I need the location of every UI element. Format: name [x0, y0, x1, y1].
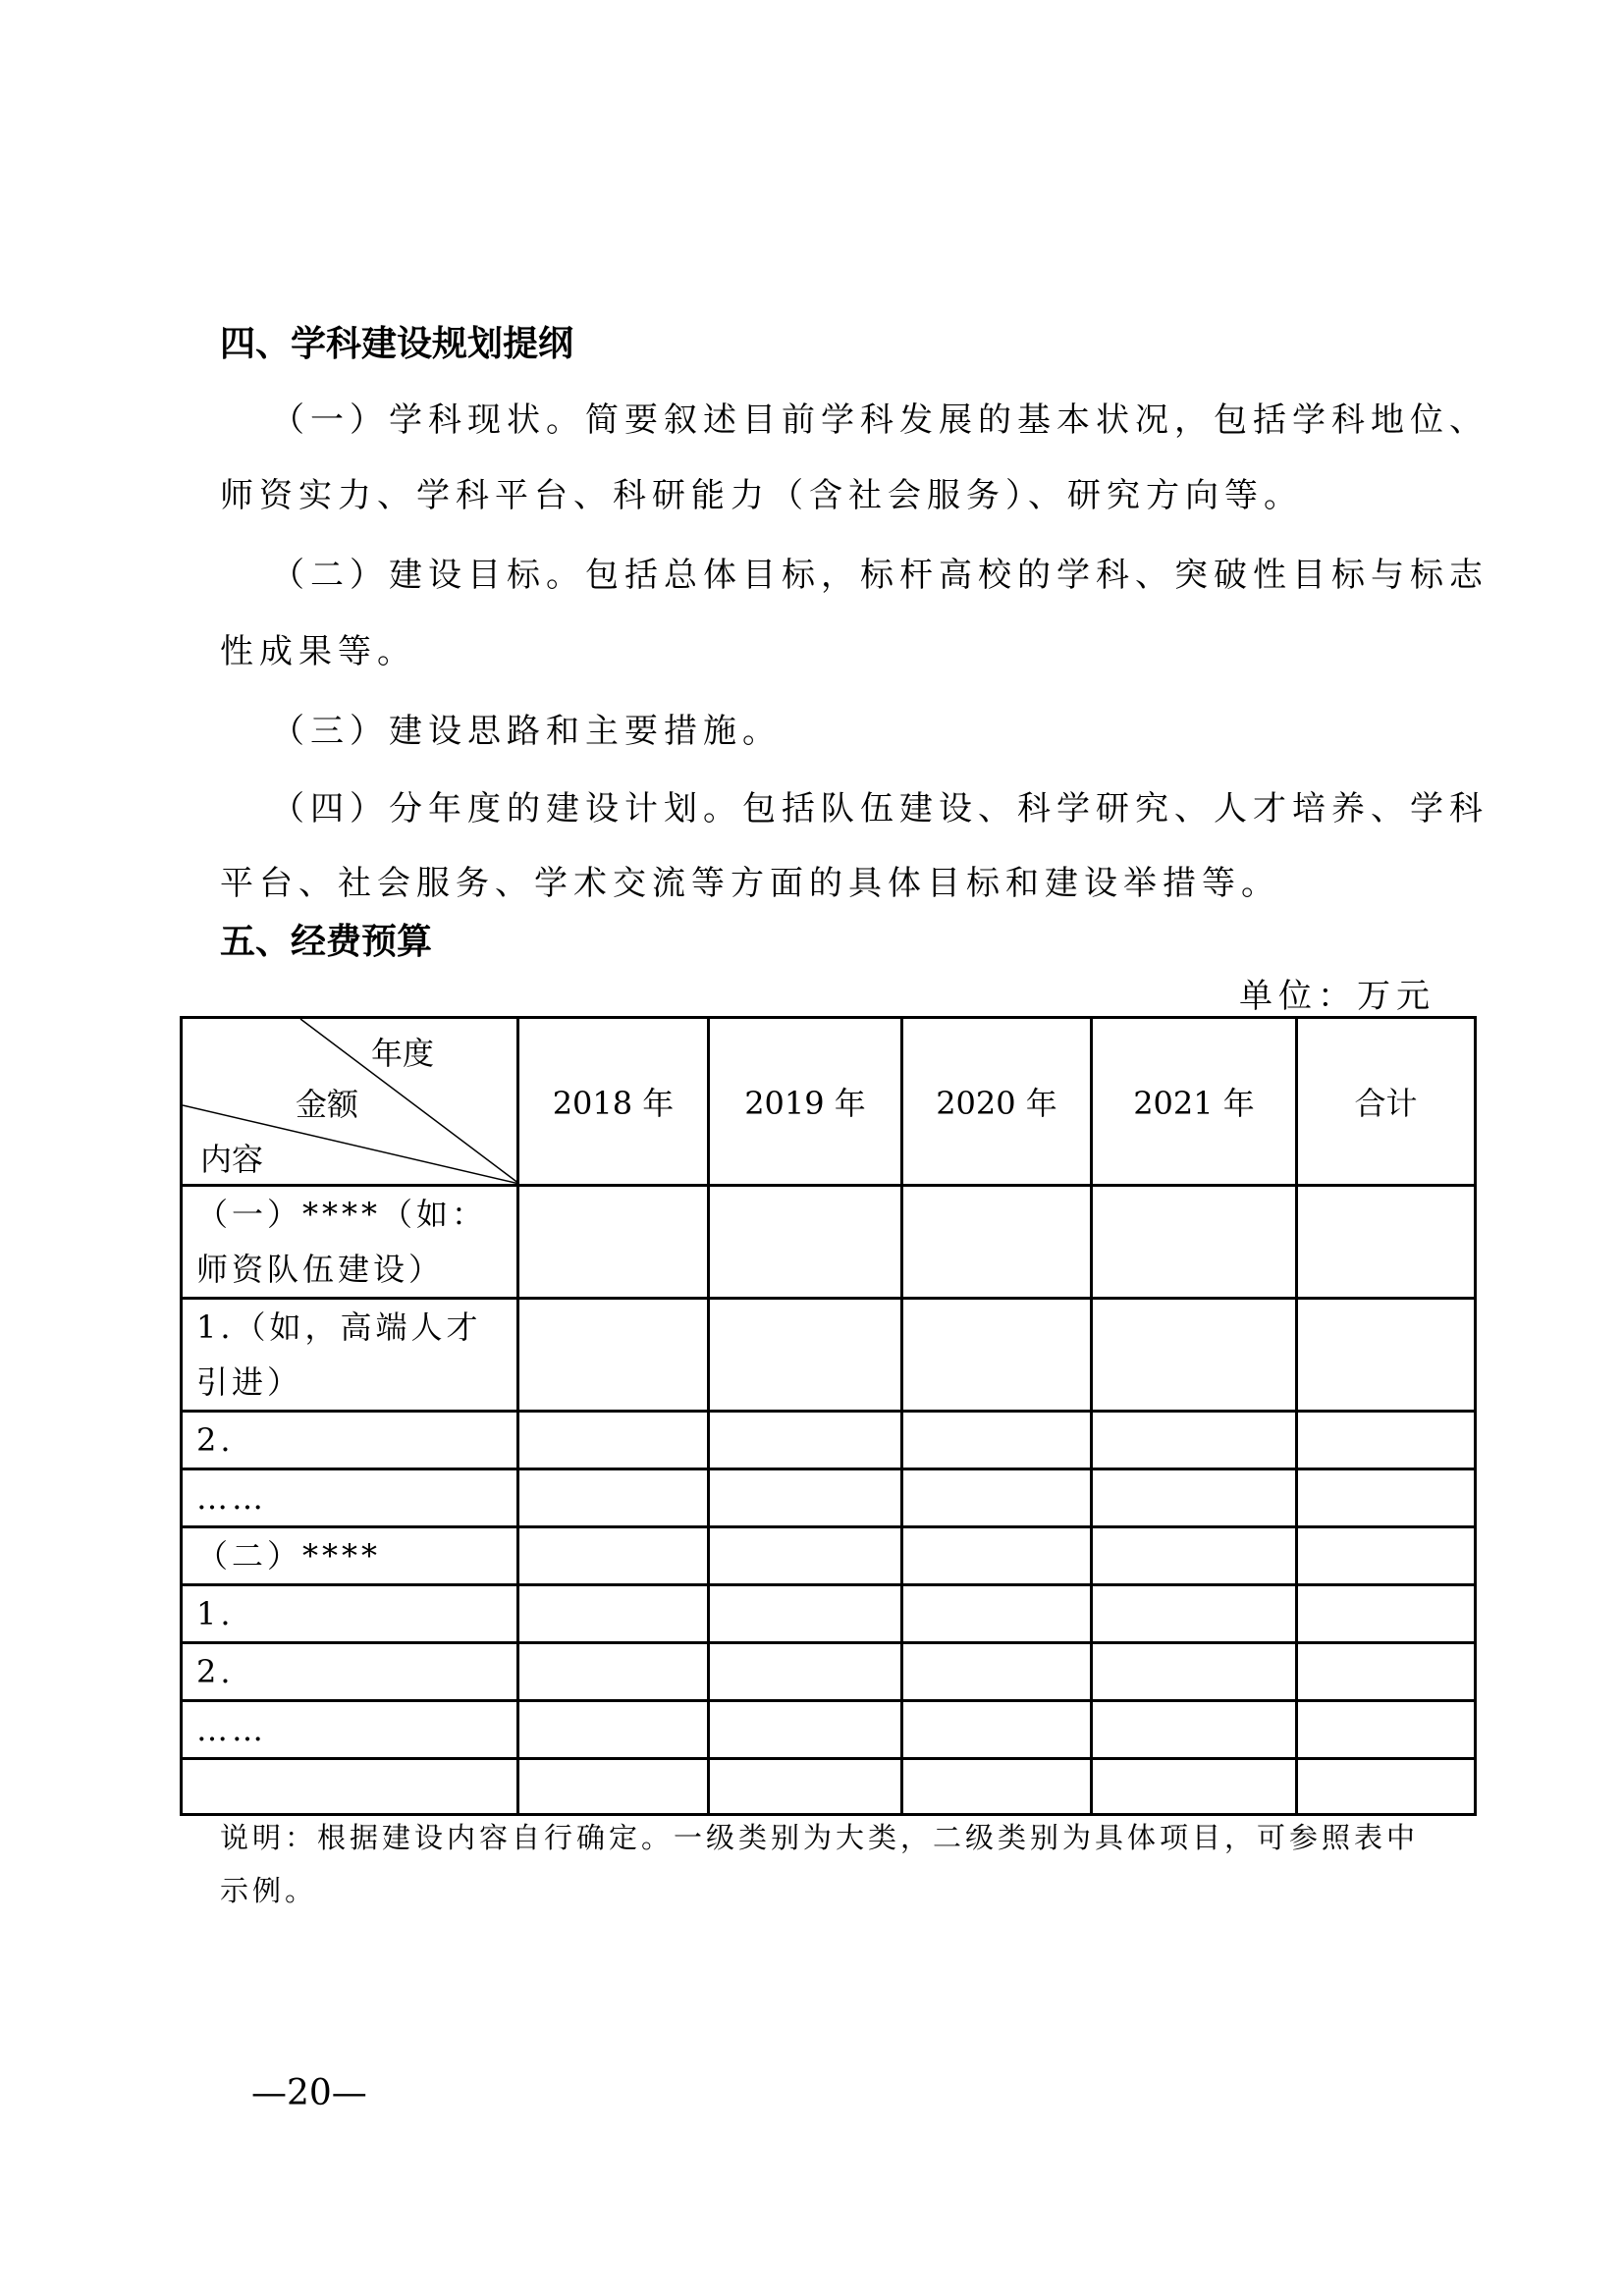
cell[interactable] — [518, 1701, 709, 1759]
cell[interactable] — [1297, 1186, 1476, 1299]
row-label: （二）**** — [182, 1527, 518, 1585]
cell[interactable] — [709, 1469, 902, 1527]
cell[interactable] — [902, 1186, 1092, 1299]
table-row: （二）**** — [182, 1527, 1476, 1585]
column-header-2021: 2021 年 — [1092, 1018, 1297, 1186]
cell[interactable] — [902, 1527, 1092, 1585]
row-label: …… — [182, 1701, 518, 1759]
cell[interactable] — [1092, 1643, 1297, 1701]
row-label-line: 师资队伍建设） — [196, 1242, 516, 1297]
cell[interactable] — [1092, 1186, 1297, 1299]
cell[interactable] — [518, 1469, 709, 1527]
table-row: 2. — [182, 1412, 1476, 1469]
cell[interactable] — [518, 1759, 709, 1815]
cell[interactable] — [1092, 1299, 1297, 1412]
row-label: （一）****（如：师资队伍建设） — [182, 1186, 518, 1299]
cell[interactable] — [1297, 1299, 1476, 1412]
note-line-1: 说明：根据建设内容自行确定。一级类别为大类，二级类别为具体项目，可参照表中 — [220, 1816, 1419, 1856]
cell[interactable] — [1297, 1701, 1476, 1759]
paragraph-1-line-1: （一）学科现状。简要叙述目前学科发展的基本状况，包括学科地位、 — [271, 393, 1489, 441]
cell[interactable] — [709, 1186, 902, 1299]
cell[interactable] — [1297, 1469, 1476, 1527]
paragraph-1-line-2: 师资实力、学科平台、科研能力（含社会服务）、研究方向等。 — [220, 468, 1303, 516]
cell[interactable] — [1092, 1759, 1297, 1815]
page-number: —20— — [251, 2073, 367, 2113]
column-header-2020: 2020 年 — [902, 1018, 1092, 1186]
table-row: 1. — [182, 1585, 1476, 1643]
table-header-row: 年度 金额 内容 2018 年 2019 年 2020 年 2021 年 合计 — [182, 1018, 1476, 1186]
paragraph-2-line-2: 性成果等。 — [220, 624, 416, 672]
table-row: （一）****（如：师资队伍建设） — [182, 1186, 1476, 1299]
cell[interactable] — [709, 1643, 902, 1701]
row-label: 1.（如，高端人才引进） — [182, 1299, 518, 1412]
cell[interactable] — [1092, 1585, 1297, 1643]
cell[interactable] — [902, 1412, 1092, 1469]
cell[interactable] — [709, 1701, 902, 1759]
cell[interactable] — [902, 1585, 1092, 1643]
cell[interactable] — [902, 1643, 1092, 1701]
cell[interactable] — [709, 1585, 902, 1643]
table-row — [182, 1759, 1476, 1815]
column-header-2018: 2018 年 — [518, 1018, 709, 1186]
table-row: …… — [182, 1469, 1476, 1527]
cell[interactable] — [1092, 1412, 1297, 1469]
corner-label-year: 年度 — [371, 1029, 434, 1074]
cell[interactable] — [518, 1585, 709, 1643]
cell[interactable] — [902, 1759, 1092, 1815]
cell[interactable] — [709, 1759, 902, 1815]
cell[interactable] — [1297, 1643, 1476, 1701]
cell[interactable] — [1092, 1527, 1297, 1585]
cell[interactable] — [1297, 1759, 1476, 1815]
paragraph-3: （三）建设思路和主要措施。 — [271, 704, 782, 752]
corner-label-amount: 金额 — [296, 1080, 358, 1125]
note-line-2: 示例。 — [220, 1869, 317, 1909]
cell[interactable] — [1297, 1412, 1476, 1469]
cell[interactable] — [902, 1299, 1092, 1412]
cell[interactable] — [1092, 1701, 1297, 1759]
row-label: …… — [182, 1469, 518, 1527]
corner-label-content: 内容 — [200, 1135, 263, 1180]
row-label: 2. — [182, 1412, 518, 1469]
cell[interactable] — [902, 1469, 1092, 1527]
cell[interactable] — [709, 1412, 902, 1469]
section-5-heading: 五、经费预算 — [220, 914, 432, 964]
row-label-line: （一）****（如： — [196, 1187, 516, 1242]
corner-header-cell: 年度 金额 内容 — [182, 1018, 518, 1186]
row-label-line: 引进） — [196, 1355, 516, 1410]
cell[interactable] — [518, 1643, 709, 1701]
row-label-line: 1.（如，高端人才 — [196, 1300, 516, 1355]
cell[interactable] — [709, 1299, 902, 1412]
cell[interactable] — [518, 1527, 709, 1585]
paragraph-4-line-2: 平台、社会服务、学术交流等方面的具体目标和建设举措等。 — [220, 856, 1280, 904]
table-row: 1.（如，高端人才引进） — [182, 1299, 1476, 1412]
cell[interactable] — [1297, 1527, 1476, 1585]
cell[interactable] — [1092, 1469, 1297, 1527]
cell[interactable] — [902, 1701, 1092, 1759]
row-label — [182, 1759, 518, 1815]
paragraph-2-line-1: （二）建设目标。包括总体目标，标杆高校的学科、突破性目标与标志 — [271, 548, 1489, 596]
section-4-heading: 四、学科建设规划提纲 — [220, 316, 573, 366]
table-row: 2. — [182, 1643, 1476, 1701]
row-label: 2. — [182, 1643, 518, 1701]
table-row: …… — [182, 1701, 1476, 1759]
cell[interactable] — [518, 1299, 709, 1412]
unit-label: 单位：万元 — [1239, 969, 1435, 1017]
cell[interactable] — [518, 1186, 709, 1299]
column-header-2019: 2019 年 — [709, 1018, 902, 1186]
budget-table: 年度 金额 内容 2018 年 2019 年 2020 年 2021 年 合计 … — [180, 1016, 1477, 1816]
row-label: 1. — [182, 1585, 518, 1643]
paragraph-4-line-1: （四）分年度的建设计划。包括队伍建设、科学研究、人才培养、学科 — [271, 781, 1489, 829]
column-header-total: 合计 — [1297, 1018, 1476, 1186]
cell[interactable] — [1297, 1585, 1476, 1643]
cell[interactable] — [518, 1412, 709, 1469]
cell[interactable] — [709, 1527, 902, 1585]
